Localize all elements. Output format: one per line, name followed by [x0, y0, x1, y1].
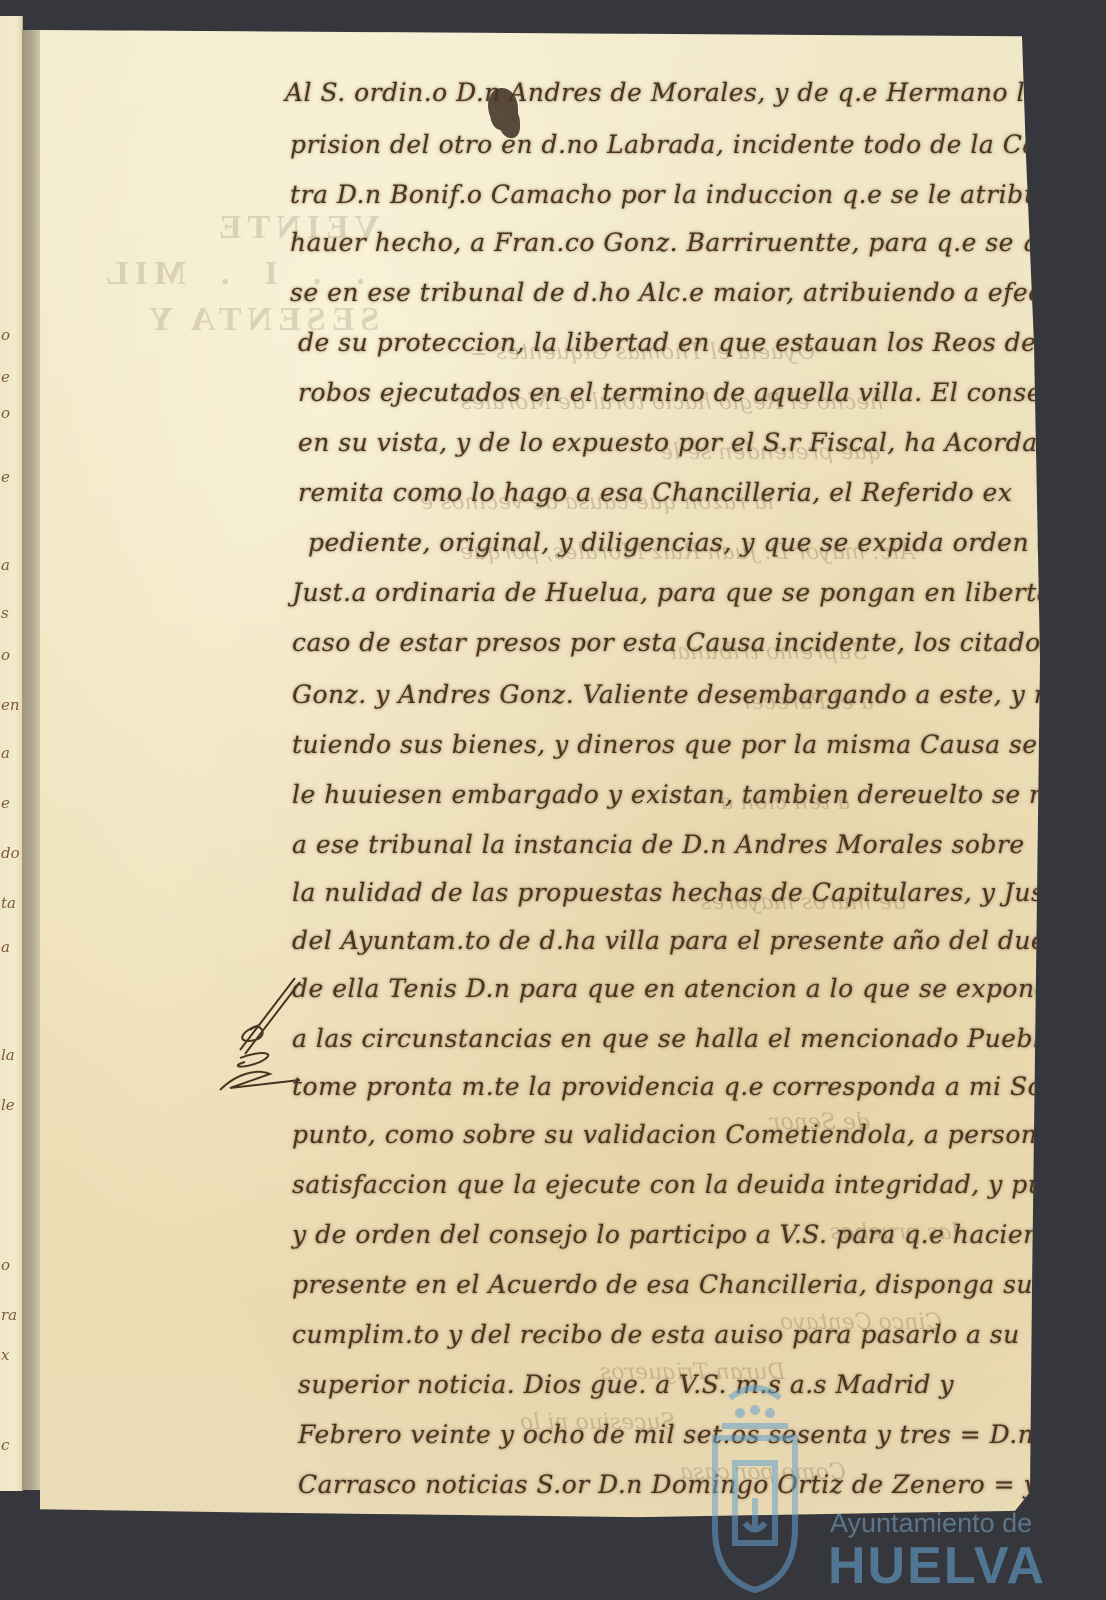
manuscript-line: pediente, original, y diligencias, y que… — [308, 528, 1085, 557]
manuscript-line: Al S. ordin.o D.n Andres de Morales, y d… — [285, 78, 1040, 107]
rubric-signature-icon — [200, 970, 320, 1100]
manuscript-line: se en ese tribunal de d.ho Alc.e maior, … — [290, 278, 1069, 307]
printed-bleed-through: VEINTE . . I . MIL SESENTA Y — [100, 205, 379, 343]
manuscript-line: y de orden del consejo lo participo a V.… — [292, 1220, 1096, 1249]
margin-fragment: o — [1, 404, 10, 422]
margin-fragment: a — [1, 938, 10, 956]
manuscript-line: de su proteccion, la libertad en que est… — [298, 328, 1106, 357]
manuscript-line: Carrasco noticias S.or D.n Domingo Ortiz… — [298, 1470, 1084, 1499]
margin-fragment: la — [1, 1046, 15, 1064]
margin-fragment: ra — [1, 1306, 17, 1324]
manuscript-line: presente en el Acuerdo de esa Chanciller… — [292, 1270, 1033, 1299]
margin-fragment: o — [1, 646, 10, 664]
manuscript-line: a las circunstancias en que se halla el … — [292, 1024, 1057, 1053]
manuscript-line: robos ejecutados en el termino de aquell… — [298, 378, 1066, 407]
manuscript-line: tra D.n Bonif.o Camacho por la induccion… — [290, 180, 1064, 209]
manuscript-line: del Ayuntam.to de d.ha villa para el pre… — [292, 926, 1078, 955]
manuscript-line: la nulidad de las propuestas hechas de C… — [292, 878, 1079, 907]
margin-fragment: a — [1, 556, 10, 574]
manuscript-line: remita como lo hago a esa Chancilleria, … — [298, 478, 1012, 507]
manuscript-line: hauer hecho, a Fran.co Gonz. Barriruentt… — [290, 228, 1100, 257]
margin-fragment: ta — [1, 894, 16, 912]
margin-fragment: x — [1, 1346, 9, 1364]
manuscript-line: tuiendo sus bienes, y dineros que por la… — [292, 730, 1038, 759]
margin-fragment: o — [1, 1256, 10, 1274]
margin-fragment: en — [1, 696, 20, 714]
margin-fragment: e — [1, 368, 10, 386]
manuscript-line: prision del otro en d.no Labrada, incide… — [290, 130, 1106, 159]
margin-fragment: c — [1, 1436, 9, 1454]
adjacent-page-strip: o e o e a s o en a e do ta a la le o ra … — [0, 16, 23, 1491]
margin-fragment: e — [1, 794, 10, 812]
manuscript-line: tome pronta m.te la providencia q.e corr… — [292, 1072, 1106, 1101]
manuscript-line: Just.a ordinaria de Huelua, para que se … — [292, 578, 1106, 607]
margin-fragment: o — [1, 326, 10, 344]
manuscript-page: VEINTE . . I . MIL SESENTA Y Oyuela el T… — [40, 30, 1040, 1600]
manuscript-line: punto, como sobre su validacion Cometien… — [292, 1120, 1093, 1149]
margin-fragment: s — [1, 604, 9, 622]
manuscript-line: Febrero veinte y ocho de mil set.os sese… — [298, 1420, 1106, 1449]
manuscript-line: de ella Tenis D.n para que en atencion a… — [292, 974, 1081, 1003]
manuscript-line: a ese tribunal la instancia de D.n Andre… — [292, 830, 1025, 859]
manuscript-line: cumplim.to y del recibo de esta auiso pa… — [292, 1320, 1020, 1349]
margin-fragment: a — [1, 744, 10, 762]
manuscript-line: satisfaccion que la ejecute con la deuid… — [292, 1170, 1101, 1199]
manuscript-line: superior noticia. Dios gue. a V.S. m.s a… — [298, 1370, 954, 1399]
margin-fragment: le — [1, 1096, 15, 1114]
manuscript-line: Gonz. y Andres Gonz. Valiente desembarga… — [292, 680, 1094, 709]
margin-fragment: e — [1, 468, 10, 486]
manuscript-line: caso de estar presos por esta Causa inci… — [292, 628, 1106, 657]
margin-fragment: do — [1, 844, 20, 862]
manuscript-line: le huuiesen embargado y existan, tambien… — [292, 780, 1106, 809]
manuscript-line: en su vista, y de lo expuesto por el S.r… — [298, 428, 1106, 457]
binding-gutter — [22, 30, 40, 1490]
